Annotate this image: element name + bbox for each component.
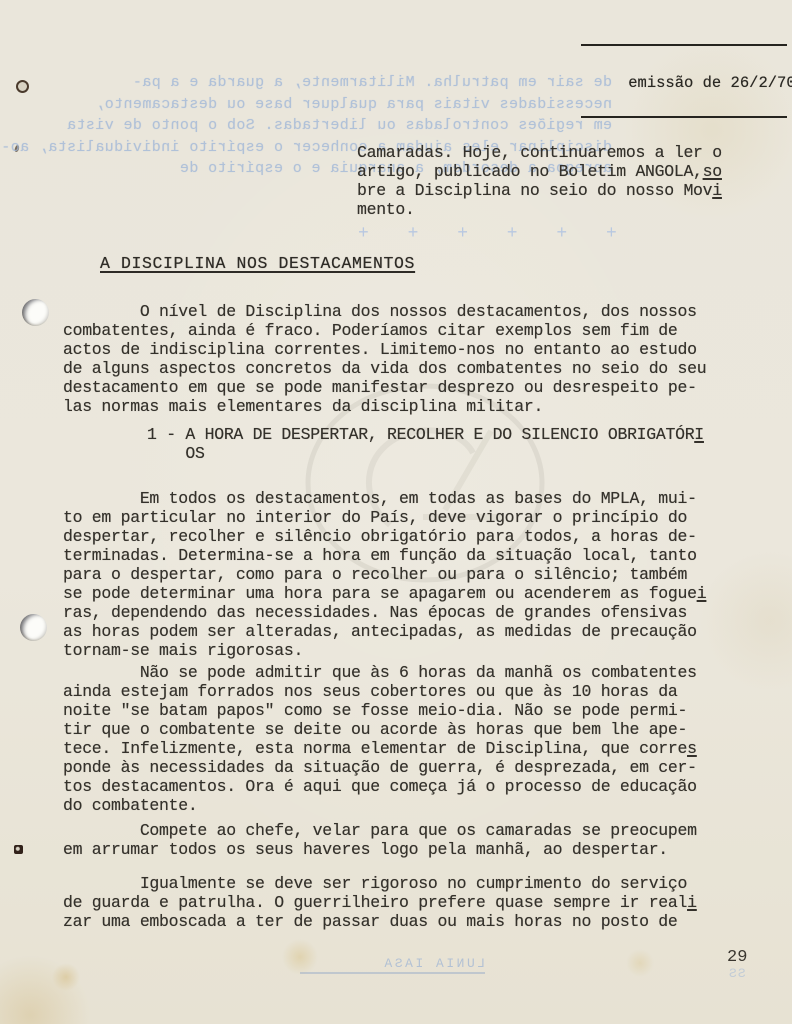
paragraph-1: O nível de Disciplina dos nossos destaca… [63, 302, 706, 416]
text-line: do combatente. [63, 796, 697, 815]
page-number: 29 [727, 948, 747, 967]
plus-separator: + + + + + + [358, 224, 631, 244]
text-line: OS [147, 444, 704, 463]
text-line: actos de indisciplina correntes. Limitem… [63, 340, 706, 359]
text-line: Em todos os destacamentos, em todas as b… [63, 489, 706, 508]
paragraph-5: Igualmente se deve ser rigoroso no cumpr… [63, 874, 697, 931]
text-line: O nível de Disciplina dos nossos destaca… [63, 302, 706, 321]
bleed-through-text-footer: LUNIA IASA [300, 956, 485, 974]
text-line: las normas mais elementares da disciplin… [63, 397, 706, 416]
paragraph-4: Compete ao chefe, velar para que os cama… [63, 821, 697, 859]
text-line: se pode determinar uma hora para se apag… [63, 584, 706, 603]
text-line: combatentes, ainda é fraco. Poderíamos c… [63, 321, 706, 340]
text-line: tos destacamentos. Ora é aqui que começa… [63, 777, 697, 796]
text-line: despertar, recolher e silêncio obrigatór… [63, 527, 706, 546]
text-line: de sair em patrulha. Militarmente, a gua… [20, 72, 612, 94]
emission-stamp-text: emissão de 26/2/70 [628, 74, 792, 92]
text-line: tir que o combatente se deite ou acorde … [63, 720, 697, 739]
text-line: mento. [357, 200, 722, 219]
bleed-through-page-number: SS [728, 966, 746, 981]
punch-hole-bottom [20, 614, 47, 641]
text-line: Compete ao chefe, velar para que os cama… [63, 821, 697, 840]
paper-speck-dot [14, 845, 23, 854]
text-line: artigo, publicado no Boletim ANGOLA,so [357, 162, 722, 181]
text-line: necessidades vitais para qualquer base o… [20, 94, 612, 116]
text-line: para o despertar, como para o recolher o… [63, 565, 706, 584]
text-line: noite "se batam papos" como se fosse mei… [63, 701, 697, 720]
emission-stamp-box: emissão de 26/2/70 [581, 44, 787, 118]
punch-hole-top [22, 299, 49, 326]
text-line: as horas podem ser alteradas, antecipada… [63, 622, 706, 641]
paragraph-2: Em todos os destacamentos, em todas as b… [63, 489, 706, 660]
text-line: zar uma emboscada a ter de passar duas o… [63, 912, 697, 931]
scanned-document-page: de sair em patrulha. Militarmente, a gua… [0, 0, 792, 1024]
text-line: de guarda e patrulha. O guerrilheiro pre… [63, 893, 697, 912]
text-line: ras, dependendo das necessidades. Nas ép… [63, 603, 706, 622]
text-line: em arrumar todos os seus haveres logo pe… [63, 840, 697, 859]
text-line: terminadas. Determina-se a hora em funçã… [63, 546, 706, 565]
text-line: destacamento em que se pode manifestar d… [63, 378, 706, 397]
text-line: tece. Infelizmente, esta norma elementar… [63, 739, 697, 758]
article-title: A DISCIPLINA NOS DESTACAMENTOS [100, 254, 415, 273]
text-line: bre a Disciplina no seio do nosso Movi [357, 181, 722, 200]
section-1-heading: 1 - A HORA DE DESPERTAR, RECOLHER E DO S… [147, 425, 704, 463]
text-line: ainda estejam forrados nos seus cobertor… [63, 682, 697, 701]
paragraph-3: Não se pode admitir que às 6 horas da ma… [63, 663, 697, 815]
text-line: em regiões controladas ou libertadas. So… [20, 115, 612, 137]
text-line: de alguns aspectos concretos da vida dos… [63, 359, 706, 378]
text-line: to em particular no interior do País, de… [63, 508, 706, 527]
text-line: tornam-se mais rigorosas. [63, 641, 706, 660]
text-line: Igualmente se deve ser rigoroso no cumpr… [63, 874, 697, 893]
intro-paragraph: Camaradas. Hoje, continuaremos a ler oar… [357, 143, 722, 219]
text-line: 1 - A HORA DE DESPERTAR, RECOLHER E DO S… [147, 425, 704, 444]
text-line: Não se pode admitir que às 6 horas da ma… [63, 663, 697, 682]
text-line: Camaradas. Hoje, continuaremos a ler o [357, 143, 722, 162]
text-line: ponde às necessidades da situação de gue… [63, 758, 697, 777]
